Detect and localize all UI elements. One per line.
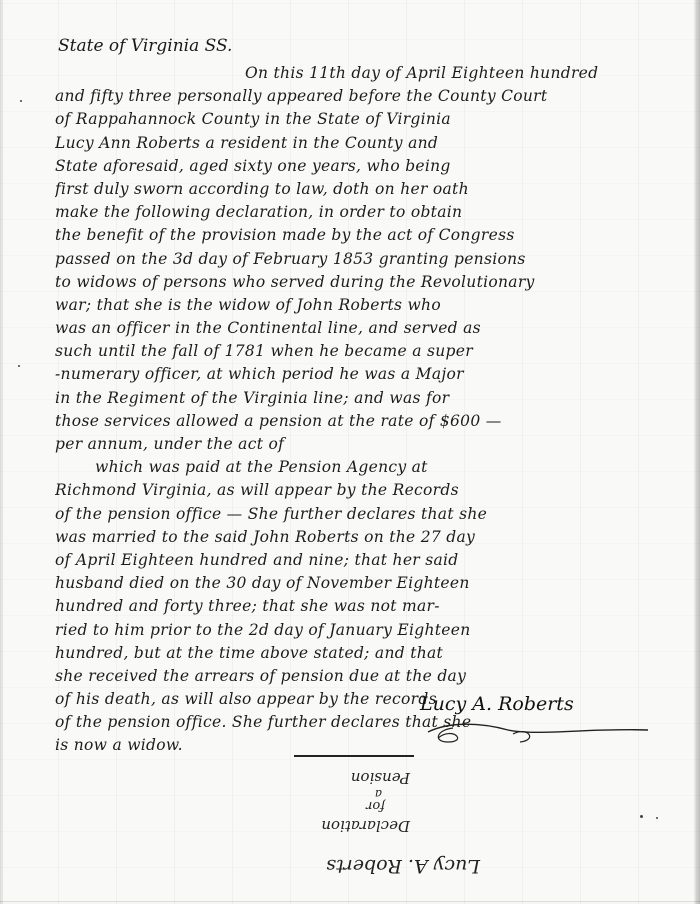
endorsement-name: Lucy A. Roberts	[326, 855, 480, 877]
body-line: and fifty three personally appeared befo…	[55, 85, 685, 108]
body-line: first duly sworn according to law, doth …	[55, 178, 685, 201]
signature: Lucy A. Roberts	[420, 693, 574, 715]
body-line: make the following declaration, in order…	[55, 201, 685, 224]
ink-speck	[640, 815, 643, 818]
body-line: Richmond Virginia, as will appear by the…	[55, 479, 685, 502]
body-line: she received the arrears of pension due …	[55, 665, 685, 688]
body-line: which was paid at the Pension Agency at	[55, 456, 685, 479]
body-line: of Rappahannock County in the State of V…	[55, 108, 685, 131]
body-line: was an officer in the Continental line, …	[55, 317, 685, 340]
document-page: State of Virginia SS. On this 11th day o…	[0, 0, 700, 904]
body-line: the benefit of the provision made by the…	[55, 224, 685, 247]
endorsement-line: Pension	[351, 769, 410, 787]
body-line: of the pension office — She further decl…	[55, 503, 685, 526]
body-line: war; that she is the widow of John Rober…	[55, 294, 685, 317]
body-line: passed on the 3d day of February 1853 gr…	[55, 248, 685, 271]
body-line: to widows of persons who served during t…	[55, 271, 685, 294]
page-bottom-edge	[0, 901, 700, 902]
body-line: -numerary officer, at which period he wa…	[55, 363, 685, 386]
body-line: of his death, as will also appear by the…	[55, 688, 685, 711]
body-line: State aforesaid, aged sixty one years, w…	[55, 155, 685, 178]
page-right-edge	[694, 0, 700, 904]
body-line: hundred, but at the time above stated; a…	[55, 642, 685, 665]
body-line: in the Regiment of the Virginia line; an…	[55, 387, 685, 410]
endorsement-rule	[294, 755, 414, 757]
signature-flourish	[418, 718, 658, 744]
document-heading: State of Virginia SS.	[58, 36, 232, 56]
body-line: hundred and forty three; that she was no…	[55, 595, 685, 618]
ink-speck	[20, 100, 22, 102]
declaration-body: On this 11th day of April Eighteen hundr…	[55, 62, 685, 758]
body-line: those services allowed a pension at the …	[55, 410, 685, 433]
body-line: such until the fall of 1781 when he beca…	[55, 340, 685, 363]
body-line: ried to him prior to the 2d day of Janua…	[55, 619, 685, 642]
body-line: was married to the said John Roberts on …	[55, 526, 685, 549]
ink-speck	[656, 817, 658, 819]
ink-speck	[18, 365, 20, 367]
body-line: of April Eighteen hundred and nine; that…	[55, 549, 685, 572]
body-line: per annum, under the act of	[55, 433, 685, 456]
page-left-edge	[0, 0, 3, 904]
body-line: On this 11th day of April Eighteen hundr…	[55, 62, 685, 85]
body-line: husband died on the 30 day of November E…	[55, 572, 685, 595]
endorsement-line: Declaration	[321, 817, 410, 835]
docket-endorsement: Lucy A. Roberts Declaration for a Pensio…	[270, 745, 510, 885]
body-line: Lucy Ann Roberts a resident in the Count…	[55, 132, 685, 155]
endorsement-line: a	[375, 787, 382, 801]
